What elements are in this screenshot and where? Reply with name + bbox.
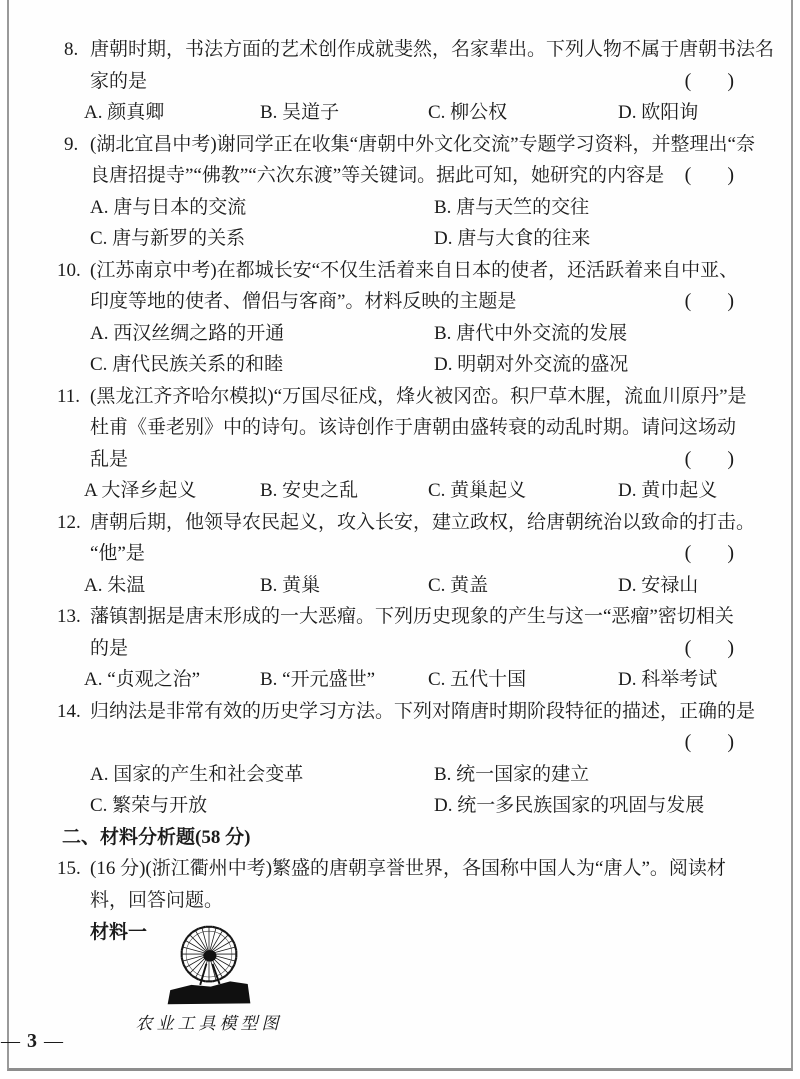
question-number: 10. [57, 255, 81, 287]
question-stem-line: 15. (16 分)(浙江衢州中考)繁盛的唐朝享誉世界，各国称中国人为“唐人”。… [9, 853, 791, 885]
options-row: C. 唐与新罗的关系 D. 唐与大食的往来 [9, 223, 791, 255]
question-10: 10. (江苏南京中考)在都城长安“不仅生活着来自日本的使者，还活跃着来自中亚、… [9, 255, 791, 381]
question-stem-line: 料，回答问题。 [9, 885, 791, 917]
stem-text: 家的是 [90, 71, 147, 92]
bracket-open: ( [685, 633, 692, 665]
question-stem-line: () [9, 727, 791, 759]
question-8: 8. 唐朝时期，书法方面的艺术创作成就斐然，名家辈出。下列人物不属于唐朝书法名 … [9, 34, 791, 129]
answer-bracket: () [685, 444, 734, 476]
water-wheel-image [165, 916, 253, 1008]
q11-option-d: D. 黄巾起义 [618, 475, 791, 507]
q10-option-d: D. 明朝对外交流的盛况 [434, 349, 791, 381]
options-row: A. 西汉丝绸之路的开通 B. 唐代中外交流的发展 [9, 318, 791, 350]
section-2-header: 二、材料分析题(58 分) [9, 822, 791, 854]
q13-option-d: D. 科举考试 [618, 664, 791, 696]
q8-option-a: A. 颜真卿 [84, 97, 260, 129]
question-stem-line: 8. 唐朝时期，书法方面的艺术创作成就斐然，名家辈出。下列人物不属于唐朝书法名 [9, 34, 791, 66]
q9-option-d: D. 唐与大食的往来 [434, 223, 791, 255]
q13-option-c: C. 五代十国 [428, 664, 618, 696]
stem-text: 料，回答问题。 [90, 890, 223, 911]
answer-bracket: () [685, 286, 734, 318]
stem-text: (16 分)(浙江衢州中考)繁盛的唐朝享誉世界，各国称中国人为“唐人”。阅读材 [90, 858, 726, 879]
question-number: 15. [57, 853, 81, 885]
answer-bracket: () [685, 160, 734, 192]
stem-text: 唐朝后期，他领导农民起义，攻入长安，建立政权，给唐朝统治以致命的打击。 [90, 512, 755, 533]
q13-option-b: B. “开元盛世” [260, 664, 428, 696]
q14-option-c: C. 繁荣与开放 [90, 790, 434, 822]
question-number: 13. [57, 601, 81, 633]
stem-text: 藩镇割据是唐末形成的一大恶瘤。下列历史现象的产生与这一“恶瘤”密切相关 [90, 606, 734, 627]
q13-option-a: A. “贞观之治” [84, 664, 260, 696]
question-stem-line: “他”是 () [9, 538, 791, 570]
stem-text: 唐朝时期，书法方面的艺术创作成就斐然，名家辈出。下列人物不属于唐朝书法名 [90, 39, 774, 60]
bracket-open: ( [685, 538, 692, 570]
options-row: A. 朱温 B. 黄巢 C. 黄盖 D. 安禄山 [9, 570, 791, 602]
q14-option-b: B. 统一国家的建立 [434, 759, 791, 791]
question-11: 11. (黑龙江齐齐哈尔模拟)“万国尽征戍，烽火被冈峦。积尸草木腥，流血川原丹”… [9, 381, 791, 507]
q9-option-b: B. 唐与天竺的交往 [434, 192, 791, 224]
stem-text: 的是 [90, 638, 128, 659]
answer-bracket: () [685, 727, 734, 759]
page-number-footer: — 3 — [1, 1030, 63, 1053]
options-row: C. 繁荣与开放 D. 统一多民族国家的巩固与发展 [9, 790, 791, 822]
question-number: 12. [57, 507, 81, 539]
bracket-close: ) [727, 633, 734, 665]
exam-page: 8. 唐朝时期，书法方面的艺术创作成就斐然，名家辈出。下列人物不属于唐朝书法名 … [7, 0, 793, 1071]
bracket-close: ) [727, 66, 734, 98]
question-stem-line: 11. (黑龙江齐齐哈尔模拟)“万国尽征戍，烽火被冈峦。积尸草木腥，流血川原丹”… [9, 381, 791, 413]
bracket-open: ( [685, 444, 692, 476]
q10-option-a: A. 西汉丝绸之路的开通 [90, 318, 434, 350]
q10-option-c: C. 唐代民族关系的和睦 [90, 349, 434, 381]
question-12: 12. 唐朝后期，他领导农民起义，攻入长安，建立政权，给唐朝统治以致命的打击。 … [9, 507, 791, 602]
q12-option-a: A. 朱温 [84, 570, 260, 602]
q10-option-b: B. 唐代中外交流的发展 [434, 318, 791, 350]
question-number: 8. [64, 34, 78, 66]
bracket-close: ) [727, 286, 734, 318]
question-stem-line: 9. (湖北宜昌中考)谢同学正在收集“唐朝中外文化交流”专题学习资料，并整理出“… [9, 129, 791, 161]
q9-option-a: A. 唐与日本的交流 [90, 192, 434, 224]
stem-text: 杜甫《垂老别》中的诗句。该诗创作于唐朝由盛转衰的动乱时期。请问这场动 [90, 417, 736, 438]
bracket-open: ( [685, 286, 692, 318]
stem-text: 印度等地的使者、僧侣与客商”。材料反映的主题是 [90, 291, 516, 312]
answer-bracket: () [685, 538, 734, 570]
q14-option-a: A. 国家的产生和社会变革 [90, 759, 434, 791]
question-13: 13. 藩镇割据是唐末形成的一大恶瘤。下列历史现象的产生与这一“恶瘤”密切相关 … [9, 601, 791, 696]
stem-text: (湖北宜昌中考)谢同学正在收集“唐朝中外文化交流”专题学习资料，并整理出“奈 [90, 134, 755, 155]
q8-option-b: B. 吴道子 [260, 97, 428, 129]
stem-text: 归纳法是非常有效的历史学习方法。下列对隋唐时期阶段特征的描述，正确的是 [90, 701, 755, 722]
q11-option-c: C. 黄巢起义 [428, 475, 618, 507]
question-15: 15. (16 分)(浙江衢州中考)繁盛的唐朝享誉世界，各国称中国人为“唐人”。… [9, 853, 791, 916]
options-row: A. 唐与日本的交流 B. 唐与天竺的交往 [9, 192, 791, 224]
question-number: 9. [64, 129, 78, 161]
question-stem-line: 14. 归纳法是非常有效的历史学习方法。下列对隋唐时期阶段特征的描述，正确的是 [9, 696, 791, 728]
question-14: 14. 归纳法是非常有效的历史学习方法。下列对隋唐时期阶段特征的描述，正确的是 … [9, 696, 791, 822]
q8-option-c: C. 柳公权 [428, 97, 618, 129]
answer-bracket: () [685, 633, 734, 665]
stem-text: 良唐招提寺”“佛教”“六次东渡”等关键词。据此可知，她研究的内容是 [90, 165, 664, 186]
question-stem-line: 杜甫《垂老别》中的诗句。该诗创作于唐朝由盛转衰的动乱时期。请问这场动 [9, 412, 791, 444]
bracket-open: ( [685, 66, 692, 98]
question-9: 9. (湖北宜昌中考)谢同学正在收集“唐朝中外文化交流”专题学习资料，并整理出“… [9, 129, 791, 255]
q14-option-d: D. 统一多民族国家的巩固与发展 [434, 790, 791, 822]
question-stem-line: 良唐招提寺”“佛教”“六次东渡”等关键词。据此可知，她研究的内容是 () [9, 160, 791, 192]
options-row: A. 国家的产生和社会变革 B. 统一国家的建立 [9, 759, 791, 791]
question-stem-line: 的是 () [9, 633, 791, 665]
q12-option-d: D. 安禄山 [618, 570, 791, 602]
question-stem-line: 13. 藩镇割据是唐末形成的一大恶瘤。下列历史现象的产生与这一“恶瘤”密切相关 [9, 601, 791, 633]
material-one-block: 材料一 [9, 916, 791, 1046]
options-row: A. 颜真卿 B. 吴道子 C. 柳公权 D. 欧阳询 [9, 97, 791, 129]
stem-text: 乱是 [90, 449, 128, 470]
question-stem-line: 12. 唐朝后期，他领导农民起义，攻入长安，建立政权，给唐朝统治以致命的打击。 [9, 507, 791, 539]
q12-option-c: C. 黄盖 [428, 570, 618, 602]
question-stem-line: 10. (江苏南京中考)在都城长安“不仅生活着来自日本的使者，还活跃着来自中亚、 [9, 255, 791, 287]
question-number: 11. [57, 381, 80, 413]
question-stem-line: 乱是 () [9, 444, 791, 476]
q11-option-b: B. 安史之乱 [260, 475, 428, 507]
bracket-open: ( [685, 160, 692, 192]
options-row: A 大泽乡起义 B. 安史之乱 C. 黄巢起义 D. 黄巾起义 [9, 475, 791, 507]
bracket-open: ( [685, 727, 692, 759]
options-row: A. “贞观之治” B. “开元盛世” C. 五代十国 D. 科举考试 [9, 664, 791, 696]
material-figure: 农业工具模型图 [119, 916, 299, 1034]
bracket-close: ) [727, 160, 734, 192]
options-row: C. 唐代民族关系的和睦 D. 明朝对外交流的盛况 [9, 349, 791, 381]
q8-option-d: D. 欧阳询 [618, 97, 791, 129]
footer-dash-left: — [1, 1031, 20, 1053]
bracket-close: ) [727, 538, 734, 570]
q11-option-a: A 大泽乡起义 [84, 475, 260, 507]
figure-caption: 农业工具模型图 [119, 1009, 299, 1034]
bracket-close: ) [727, 727, 734, 759]
question-number: 14. [57, 696, 81, 728]
answer-bracket: () [685, 66, 734, 98]
stem-text: (黑龙江齐齐哈尔模拟)“万国尽征戍，烽火被冈峦。积尸草木腥，流血川原丹”是 [90, 386, 747, 407]
question-stem-line: 家的是 () [9, 66, 791, 98]
stem-text: “他”是 [90, 543, 145, 564]
q9-option-c: C. 唐与新罗的关系 [90, 223, 434, 255]
bracket-close: ) [727, 444, 734, 476]
stem-text: (江苏南京中考)在都城长安“不仅生活着来自日本的使者，还活跃着来自中亚、 [90, 260, 738, 281]
q12-option-b: B. 黄巢 [260, 570, 428, 602]
page-number: 3 [27, 1030, 37, 1053]
question-stem-line: 印度等地的使者、僧侣与客商”。材料反映的主题是 () [9, 286, 791, 318]
footer-dash-right: — [44, 1031, 63, 1053]
